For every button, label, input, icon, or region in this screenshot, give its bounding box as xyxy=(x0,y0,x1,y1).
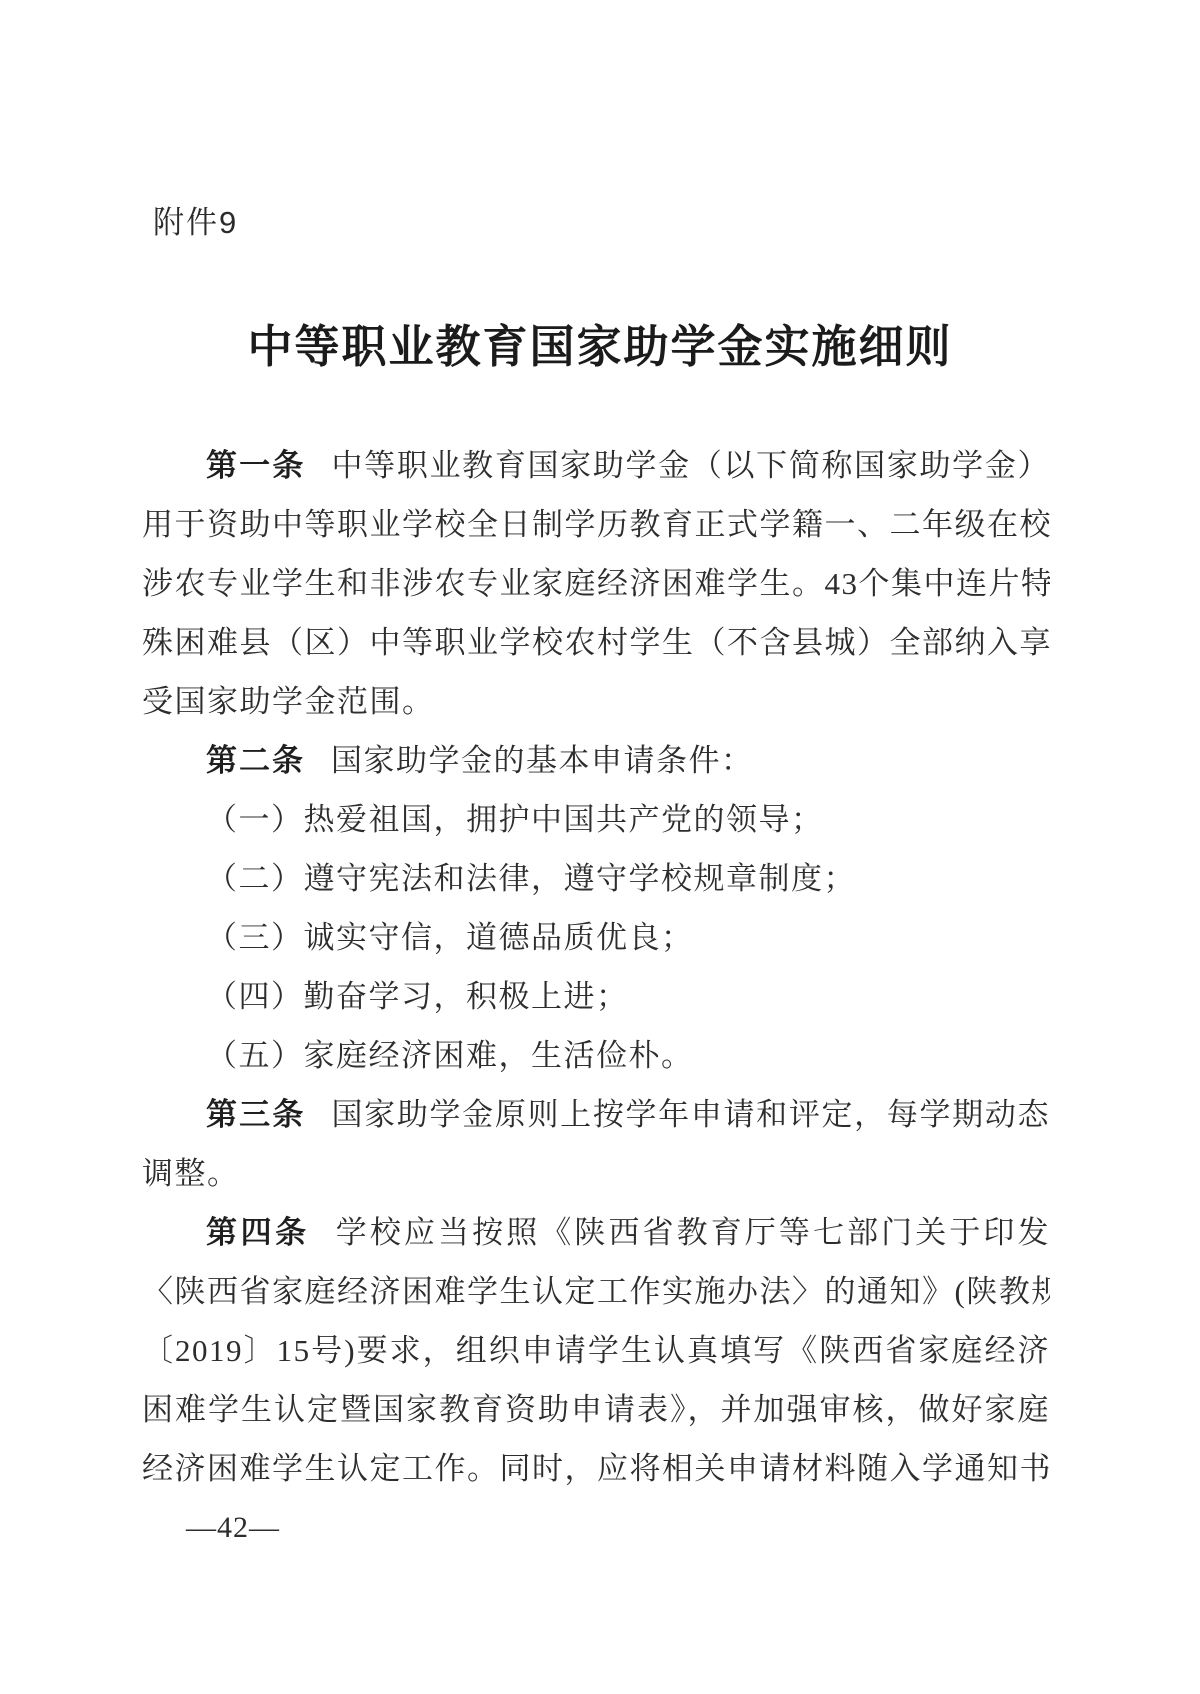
line-text: （五）家庭经济困难，生活俭朴。 xyxy=(206,1038,694,1073)
line-text: （二）遵守宪法和法律，遵守学校规章制度； xyxy=(206,861,856,896)
document-line: 殊困难县（区）中等职业学校农村学生（不含县城）全部纳入享 xyxy=(142,613,1050,672)
document-line: 调整。 xyxy=(142,1144,1050,1203)
document-line: 涉农专业学生和非涉农专业家庭经济困难学生。43个集中连片特 xyxy=(142,554,1050,613)
line-text: 国家助学金的基本申请条件： xyxy=(331,743,754,778)
document-line: （三）诚实守信，道德品质优良； xyxy=(142,908,1050,967)
document-title: 中等职业教育国家助学金实施细则 xyxy=(0,318,1200,376)
document-line: 经济困难学生认定工作。同时，应将相关申请材料随入学通知书 xyxy=(142,1439,1050,1498)
line-text: 国家助学金原则上按学年申请和评定，每学期动态 xyxy=(332,1097,1051,1132)
document-line: （五）家庭经济困难，生活俭朴。 xyxy=(142,1026,1050,1085)
document-line: 受国家助学金范围。 xyxy=(142,672,1050,731)
line-text: （三）诚实守信，道德品质优良； xyxy=(206,920,694,955)
document-page: 附件9 中等职业教育国家助学金实施细则 第一条中等职业教育国家助学金（以下简称国… xyxy=(0,0,1200,1694)
line-text: 用于资助中等职业学校全日制学历教育正式学籍一、二年级在校 xyxy=(142,507,1050,542)
line-text: 困难学生认定暨国家教育资助申请表》，并加强审核，做好家庭 xyxy=(142,1392,1050,1427)
document-line: 第三条国家助学金原则上按学年申请和评定，每学期动态 xyxy=(142,1085,1050,1144)
document-line: （一）热爱祖国，拥护中国共产党的领导； xyxy=(142,790,1050,849)
attachment-label: 附件9 xyxy=(153,203,238,243)
document-line: 第一条中等职业教育国家助学金（以下简称国家助学金） xyxy=(142,436,1050,495)
document-line: 〈陕西省家庭经济困难学生认定工作实施办法〉的通知》(陕教规范 xyxy=(142,1262,1050,1321)
line-text: 中等职业教育国家助学金（以下简称国家助学金） xyxy=(332,448,1051,483)
article-number: 第一条 xyxy=(206,448,306,483)
line-text: 〔2019〕15号)要求，组织申请学生认真填写《陕西省家庭经济 xyxy=(142,1333,1050,1368)
document-line: 困难学生认定暨国家教育资助申请表》，并加强审核，做好家庭 xyxy=(142,1380,1050,1439)
document-line: （四）勤奋学习，积极上进； xyxy=(142,967,1050,1026)
line-text: 调整。 xyxy=(142,1156,240,1191)
document-line: 第二条国家助学金的基本申请条件： xyxy=(142,731,1050,790)
document-line: 用于资助中等职业学校全日制学历教育正式学籍一、二年级在校 xyxy=(142,495,1050,554)
article-number: 第三条 xyxy=(206,1097,306,1132)
document-line: （二）遵守宪法和法律，遵守学校规章制度； xyxy=(142,849,1050,908)
line-text: （四）勤奋学习，积极上进； xyxy=(206,979,629,1014)
line-text: 经济困难学生认定工作。同时，应将相关申请材料随入学通知书 xyxy=(142,1451,1050,1486)
document-body: 第一条中等职业教育国家助学金（以下简称国家助学金） 用于资助中等职业学校全日制学… xyxy=(142,436,1050,1498)
article-number: 第四条 xyxy=(206,1215,310,1250)
document-line: 第四条学校应当按照《陕西省教育厅等七部门关于印发 xyxy=(142,1203,1050,1262)
page-number: —42— xyxy=(186,1508,280,1548)
document-line: 〔2019〕15号)要求，组织申请学生认真填写《陕西省家庭经济 xyxy=(142,1321,1050,1380)
line-text: 〈陕西省家庭经济困难学生认定工作实施办法〉的通知》(陕教规范 xyxy=(142,1274,1050,1309)
line-text: 学校应当按照《陕西省教育厅等七部门关于印发 xyxy=(336,1215,1050,1250)
line-text: 殊困难县（区）中等职业学校农村学生（不含县城）全部纳入享 xyxy=(142,625,1050,660)
line-text: （一）热爱祖国，拥护中国共产党的领导； xyxy=(206,802,824,837)
article-number: 第二条 xyxy=(206,743,305,778)
line-text: 受国家助学金范围。 xyxy=(142,684,435,719)
line-text: 涉农专业学生和非涉农专业家庭经济困难学生。43个集中连片特 xyxy=(142,566,1050,601)
